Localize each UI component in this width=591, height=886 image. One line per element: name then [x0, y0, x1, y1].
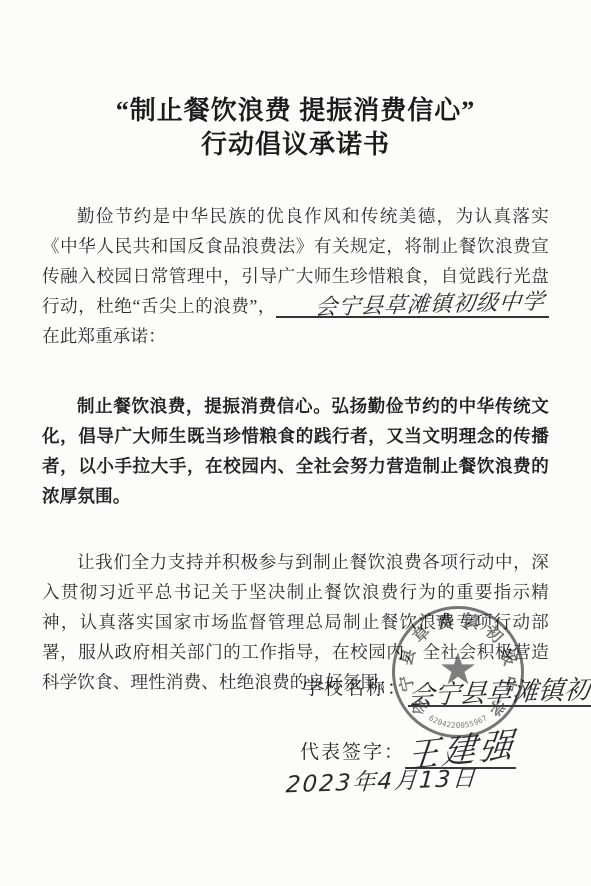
- document-title-line2: 行动倡议承诺书: [42, 128, 549, 162]
- school-name-inline-handwriting: 会宁县草滩镇初级中学: [279, 291, 546, 320]
- school-name-blank: 会宁县草滩镇初级中学: [408, 679, 591, 707]
- date-handwriting: 2023年4月13日: [285, 760, 479, 800]
- representative-signature-label: 代表签字：: [300, 742, 405, 763]
- school-name-inline-blank: 会宁县草滩镇初级中学: [276, 296, 549, 318]
- school-name-handwriting: 会宁县草滩镇初级中学: [407, 674, 591, 709]
- school-name-row: 学校名称：会宁县草滩镇初级中学: [303, 673, 591, 707]
- paragraph-intro-tail: 在此郑重承诺：: [42, 326, 166, 346]
- date-row: 2023年4月13日: [286, 763, 477, 796]
- scanned-pledge-document: { "document": { "title_line1": "“制止餐饮浪费 …: [0, 0, 591, 886]
- document-title: “制止餐饮浪费 提振消费信心” 行动倡议承诺书: [42, 94, 549, 162]
- school-name-label: 学校名称：: [303, 678, 408, 699]
- document-title-line1: “制止餐饮浪费 提振消费信心”: [42, 94, 549, 128]
- paragraph-pledge: 制止餐饮浪费，提振消费信心。弘扬勤俭节约的中华传统文化，倡导广大师生既当珍惜粮食…: [42, 391, 549, 511]
- paragraph-intro: 勤俭节约是中华民族的优良作风和传统美德，为认真落实《中华人民共和国反食品浪费法》…: [42, 201, 549, 351]
